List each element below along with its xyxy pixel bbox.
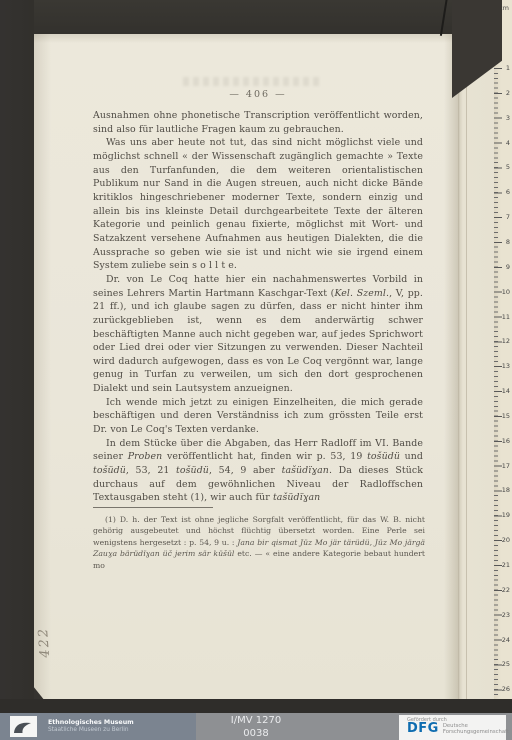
footer-bar: Ethnologisches Museum Staatliche Museen …: [0, 713, 512, 740]
shelfmark-sequence: 0038: [156, 727, 356, 740]
page-edge-shadow: [444, 33, 458, 701]
shelfmark: I/MV 1270 0038: [156, 714, 356, 740]
book-page: — 406 — Ausnahmen ohne phonetische Trans…: [33, 33, 458, 701]
ruler-number: 3: [506, 114, 510, 122]
ruler-number: 17: [502, 462, 510, 470]
museum-name: Ethnologisches Museum Staatliche Museen …: [48, 719, 134, 734]
dfg-org-name: Deutsche Forschungsgemeinschaft: [443, 723, 505, 735]
ruler-number: 6: [506, 188, 510, 196]
ruler-number: 23: [502, 611, 510, 619]
ruler-number: 19: [502, 511, 510, 519]
page-top-shadow: [33, 33, 458, 43]
footnote-rule: [93, 507, 213, 508]
ruler-number: 1: [506, 64, 510, 72]
paragraph: Ich wende mich jetzt zu einigen Einzelhe…: [93, 396, 423, 437]
ruler-number: 8: [506, 238, 510, 246]
ruler-number: 11: [502, 313, 510, 321]
page-crease: [466, 30, 467, 702]
backdrop-bottom: [0, 699, 512, 713]
ruler-number: 20: [502, 536, 510, 544]
ink-bleed: [183, 77, 323, 86]
ruler-number: 15: [502, 412, 510, 420]
ruler-number: 21: [502, 561, 510, 569]
ruler-number: 10: [502, 288, 510, 296]
ruler-number: 14: [502, 387, 510, 395]
ruler-number: 9: [506, 263, 510, 271]
ruler-number: 16: [502, 437, 510, 445]
text-block: Ausnahmen ohne phonetische Transcription…: [93, 109, 423, 505]
page-fore-edge: [458, 30, 494, 702]
ruler-number: 24: [502, 636, 510, 644]
ruler-number: 4: [506, 139, 510, 147]
paragraph: Was uns aber heute not tut, das sind nic…: [93, 136, 423, 273]
paragraph: In dem Stücke über die Abgaben, das Herr…: [93, 437, 423, 505]
dfg-logo: DFG: [407, 722, 439, 736]
ruler-number: 7: [506, 213, 510, 221]
museum-logo-icon: [10, 716, 37, 737]
ruler-number: 22: [502, 586, 510, 594]
dfg-badge: Gefördert durch DFG Deutsche Forschungsg…: [399, 715, 506, 740]
ruler-number: 12: [502, 337, 510, 345]
ruler: cm 1234567891011121314151617181920212223…: [494, 0, 512, 740]
museum-name-line2: Staatliche Museen zu Berlin: [48, 727, 134, 734]
museum-name-line1: Ethnologisches Museum: [48, 719, 134, 727]
backdrop-top: [0, 0, 460, 34]
paragraph: Dr. von Le Coq hatte hier ein nachahmens…: [93, 273, 423, 396]
paragraph: Ausnahmen ohne phonetische Transcription…: [93, 109, 423, 136]
ruler-number: 18: [502, 486, 510, 494]
shelfmark-id: I/MV 1270: [156, 714, 356, 727]
ruler-number: 2: [506, 89, 510, 97]
backdrop-left: [0, 0, 34, 712]
ruler-number: 25: [502, 660, 510, 668]
ruler-number: 13: [502, 362, 510, 370]
page-number: — 406 —: [93, 89, 423, 100]
scan-viewport: — 406 — Ausnahmen ohne phonetische Trans…: [0, 0, 512, 740]
handwritten-number: 422: [35, 612, 59, 671]
ruler-number: 26: [502, 685, 510, 693]
footnote: (1) D. h. der Text ist ohne jegliche Sor…: [93, 514, 425, 571]
ruler-number: 5: [506, 163, 510, 171]
page-gutter-shadow: [33, 33, 51, 701]
